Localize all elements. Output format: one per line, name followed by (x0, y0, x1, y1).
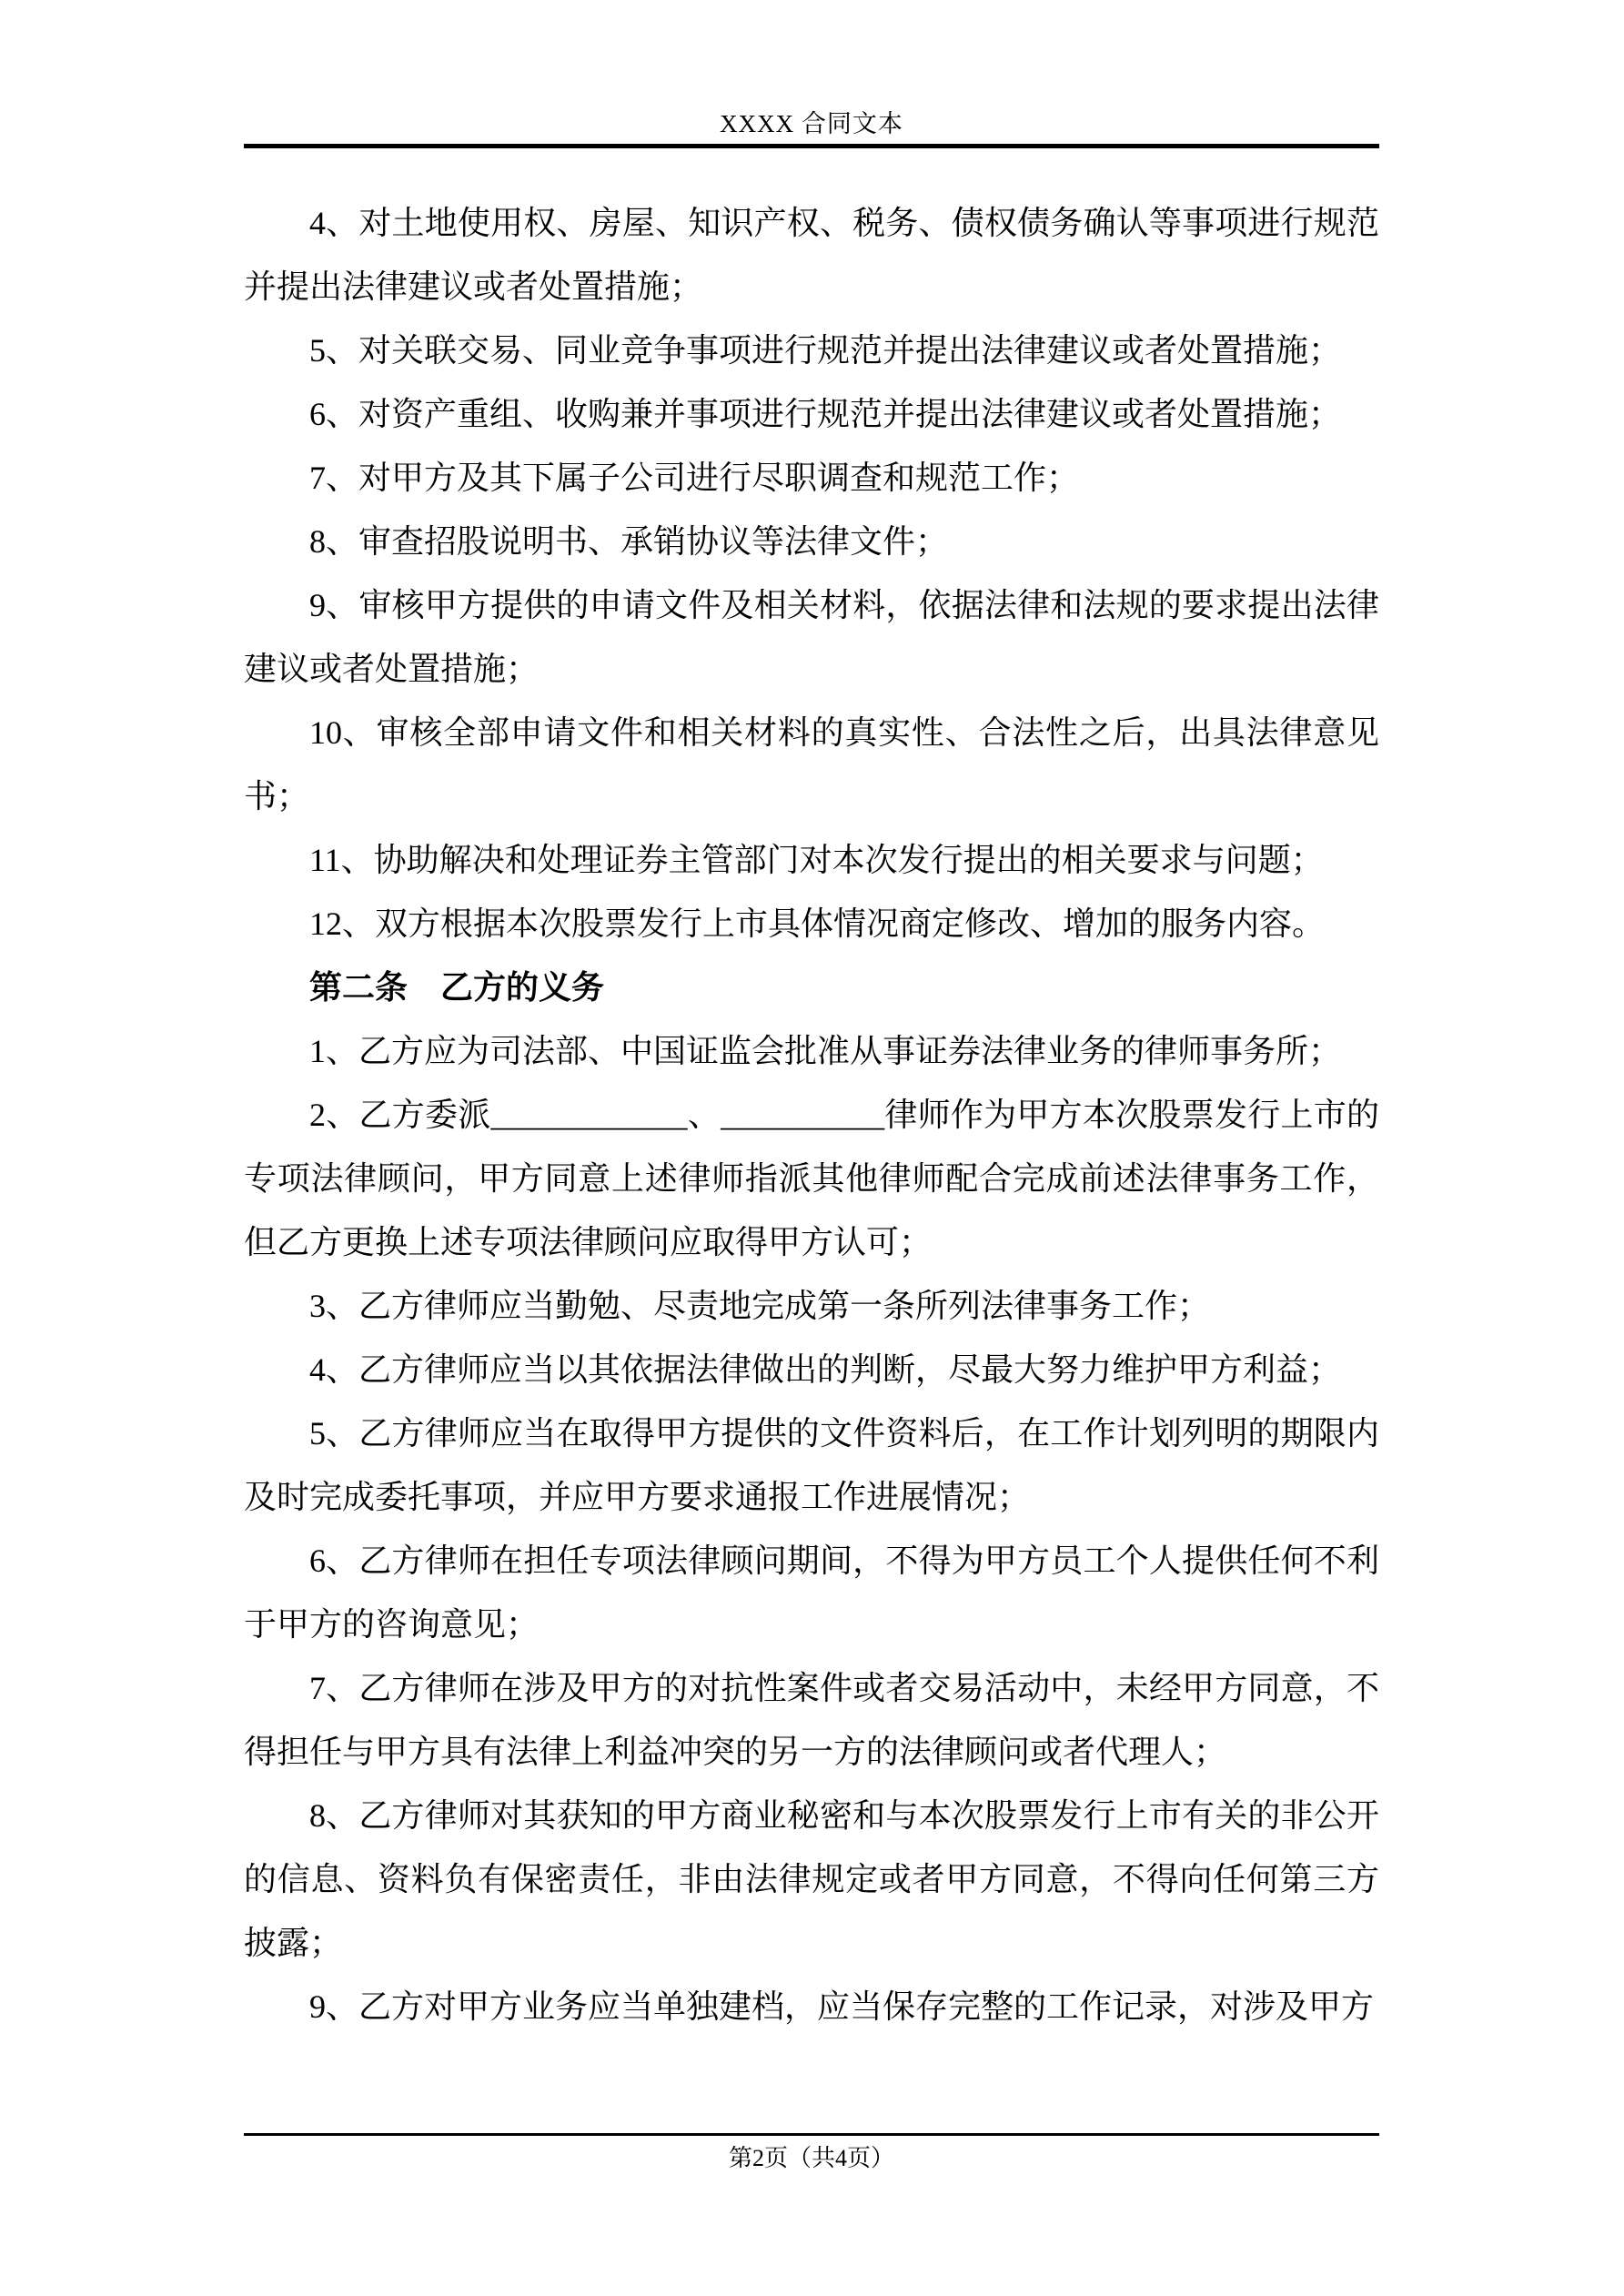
contract-clause: 4、对土地使用权、房屋、知识产权、税务、债权债务确认等事项进行规范并提出法律建议… (244, 191, 1379, 319)
contract-clause: 5、对关联交易、同业竞争事项进行规范并提出法律建议或者处置措施； (244, 319, 1379, 382)
page-number: 第2页（共4页） (244, 2147, 1379, 2170)
document-body: 4、对土地使用权、房屋、知识产权、税务、债权债务确认等事项进行规范并提出法律建议… (244, 191, 1379, 2038)
contract-clause: 1、乙方应为司法部、中国证监会批准从事证券法律业务的律师事务所； (244, 1019, 1379, 1083)
contract-clause: 6、乙方律师在担任专项法律顾问期间，不得为甲方员工个人提供任何不利于甲方的咨询意… (244, 1529, 1379, 1656)
contract-clause: 5、乙方律师应当在取得甲方提供的文件资料后，在工作计划列明的期限内及时完成委托事… (244, 1401, 1379, 1529)
contract-clause: 12、双方根据本次股票发行上市具体情况商定修改、增加的服务内容。 (244, 892, 1379, 956)
contract-clause: 8、乙方律师对其获知的甲方商业秘密和与本次股票发行上市有关的非公开的信息、资料负… (244, 1784, 1379, 1975)
contract-clause: 3、乙方律师应当勤勉、尽责地完成第一条所列法律事务工作； (244, 1274, 1379, 1338)
contract-clause: 4、乙方律师应当以其依据法律做出的判断，尽最大努力维护甲方利益； (244, 1338, 1379, 1401)
contract-clause: 8、审查招股说明书、承销协议等法律文件； (244, 510, 1379, 573)
contract-clause: 2、乙方委派____________、__________律师作为甲方本次股票发… (244, 1083, 1379, 1274)
contract-clause: 11、协助解决和处理证券主管部门对本次发行提出的相关要求与问题； (244, 828, 1379, 892)
contract-clause: 7、对甲方及其下属子公司进行尽职调查和规范工作； (244, 446, 1379, 510)
header-title: XXXX 合同文本 (720, 112, 903, 144)
contract-clause: 6、对资产重组、收购兼并事项进行规范并提出法律建议或者处置措施； (244, 382, 1379, 446)
contract-document-page: XXXX 合同文本 4、对土地使用权、房屋、知识产权、税务、债权债务确认等事项进… (0, 0, 1624, 2296)
contract-clause: 10、审核全部申请文件和相关材料的真实性、合法性之后，出具法律意见书； (244, 701, 1379, 828)
contract-clause: 9、审核甲方提供的申请文件及相关材料，依据法律和法规的要求提出法律建议或者处置措… (244, 573, 1379, 701)
contract-clause: 9、乙方对甲方业务应当单独建档，应当保存完整的工作记录，对涉及甲方 (244, 1975, 1379, 2038)
footer-rule: 第2页（共4页） (244, 2133, 1379, 2170)
section-heading: 第二条 乙方的义务 (244, 956, 1379, 1019)
page-header: XXXX 合同文本 (244, 0, 1379, 148)
contract-clause: 7、乙方律师在涉及甲方的对抗性案件或者交易活动中，未经甲方同意，不得担任与甲方具… (244, 1656, 1379, 1784)
